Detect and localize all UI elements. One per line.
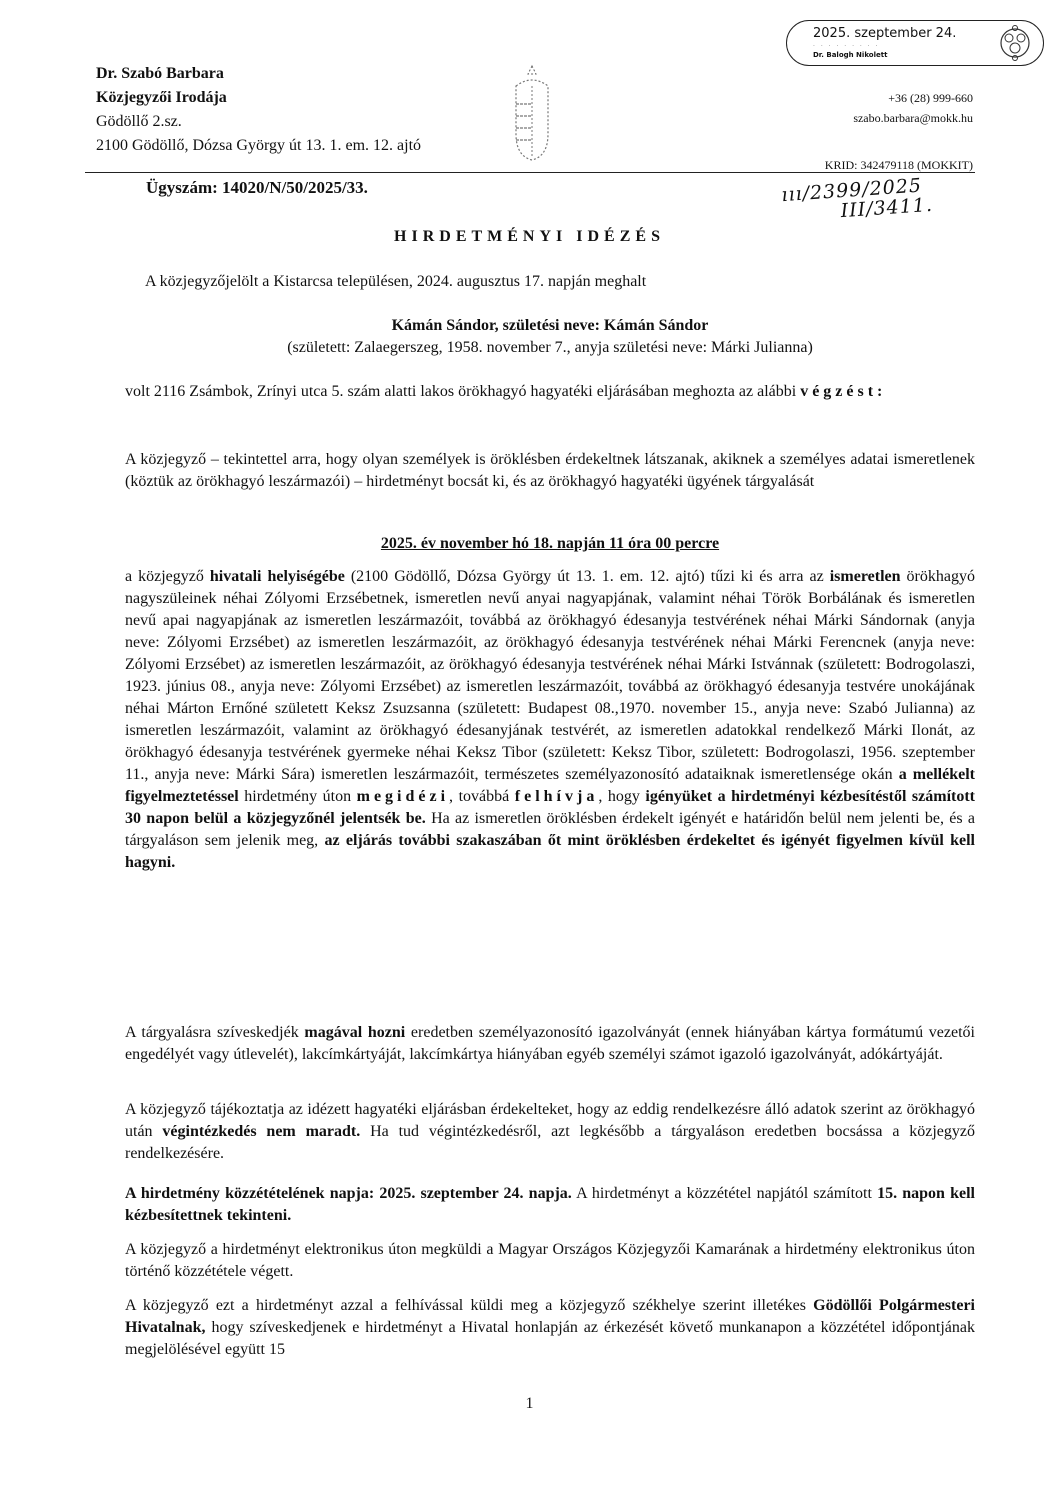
p8-c: hogy szíveskedjenek e hirdetményt a Hiva…: [125, 1319, 975, 1358]
header-divider: [85, 172, 975, 173]
page-number: 1: [0, 1395, 1059, 1413]
p4-b: magával hozni: [304, 1024, 405, 1041]
p3-e: örökhagyó nagyszüleinek néhai Zólyomi Er…: [125, 568, 975, 783]
p1-text: volt 2116 Zsámbok, Zrínyi utca 5. szám a…: [125, 383, 800, 400]
paragraph-7: A közjegyző a hirdetményt elektronikus ú…: [125, 1239, 975, 1283]
stamp-name: Dr. Balogh Nikolett: [813, 51, 887, 59]
office-subtitle: Közjegyzői Irodája: [96, 86, 421, 110]
paragraph-2: A közjegyző – tekintettel arra, hogy oly…: [125, 449, 975, 493]
contact-block: +36 (28) 999-660 szabo.barbara@mokk.hu: [853, 88, 973, 128]
p4-a: A tárgyalásra szíveskedjék: [125, 1024, 304, 1041]
paragraph-8: A közjegyző ezt a hirdetményt azzal a fe…: [125, 1295, 975, 1361]
deceased-name: Kámán Sándor, születési neve: Kámán Sánd…: [125, 315, 975, 337]
coat-of-arms-icon: [510, 64, 554, 164]
p3-a: a közjegyző: [125, 568, 210, 585]
received-stamp: 2025. szeptember 24. · · · · · · · · · D…: [786, 20, 1044, 66]
paragraph-1: volt 2116 Zsámbok, Zrínyi utca 5. szám a…: [125, 381, 975, 403]
p3-j: felhívja: [515, 788, 599, 805]
office-address: 2100 Gödöllő, Dózsa György út 13. 1. em.…: [96, 134, 421, 158]
hearing-date-text: 2025. év november hó 18. napján 11 óra 0…: [381, 535, 719, 552]
p6-a: A hirdetmény közzétételének napja: 2025.…: [125, 1185, 572, 1202]
email: szabo.barbara@mokk.hu: [853, 108, 973, 128]
hearing-date: 2025. év november hó 18. napján 11 óra 0…: [125, 533, 975, 555]
stamp-date: 2025. szeptember 24.: [813, 26, 956, 41]
p1-decision: végzést:: [800, 383, 886, 400]
seal-icon: [997, 24, 1033, 62]
paragraph-4: A tárgyalásra szíveskedjék magával hozni…: [125, 1022, 975, 1066]
document-title: HIRDETMÉNYI IDÉZÉS: [0, 228, 1059, 246]
p3-g: hirdetmény úton: [239, 788, 357, 805]
deceased-details: (született: Zalaegerszeg, 1958. november…: [125, 337, 975, 359]
paragraph-3: a közjegyző hivatali helyiségébe (2100 G…: [125, 566, 975, 874]
p3-b: hivatali helyiségébe: [210, 568, 345, 585]
office-name: Dr. Szabó Barbara: [96, 62, 421, 86]
paragraph-5: A közjegyző tájékoztatja az idézett hagy…: [125, 1099, 975, 1165]
p3-i: , továbbá: [449, 788, 515, 805]
intro-line: A közjegyzőjelölt a Kistarcsa települése…: [145, 271, 995, 293]
p3-k: , hogy: [598, 788, 645, 805]
p8-a: A közjegyző ezt a hirdetményt azzal a fe…: [125, 1297, 813, 1314]
p3-h: megidézi: [357, 788, 449, 805]
paragraph-6: A hirdetmény közzétételének napja: 2025.…: [125, 1183, 975, 1227]
p3-c: (2100 Gödöllő, Dózsa György út 13. 1. em…: [345, 568, 830, 585]
office-header: Dr. Szabó Barbara Közjegyzői Irodája Göd…: [96, 62, 421, 158]
krid: KRID: 342479118 (MOKKIT): [825, 158, 973, 173]
office-seat: Gödöllő 2.sz.: [96, 110, 421, 134]
stamp-dots: · · · · · · · · ·: [813, 43, 879, 50]
p6-b: A hirdetményt a közzététel napjától szám…: [572, 1185, 877, 1202]
phone: +36 (28) 999-660: [853, 88, 973, 108]
document-page: Dr. Szabó Barbara Közjegyzői Irodája Göd…: [0, 0, 1059, 1498]
p3-d: ismeretlen: [830, 568, 901, 585]
p5-b: végintézkedés nem maradt.: [162, 1123, 360, 1140]
case-number: Ügyszám: 14020/N/50/2025/33.: [146, 178, 368, 198]
handwritten-registry-number: ııı/2399/2025 III/3411.: [781, 175, 934, 225]
